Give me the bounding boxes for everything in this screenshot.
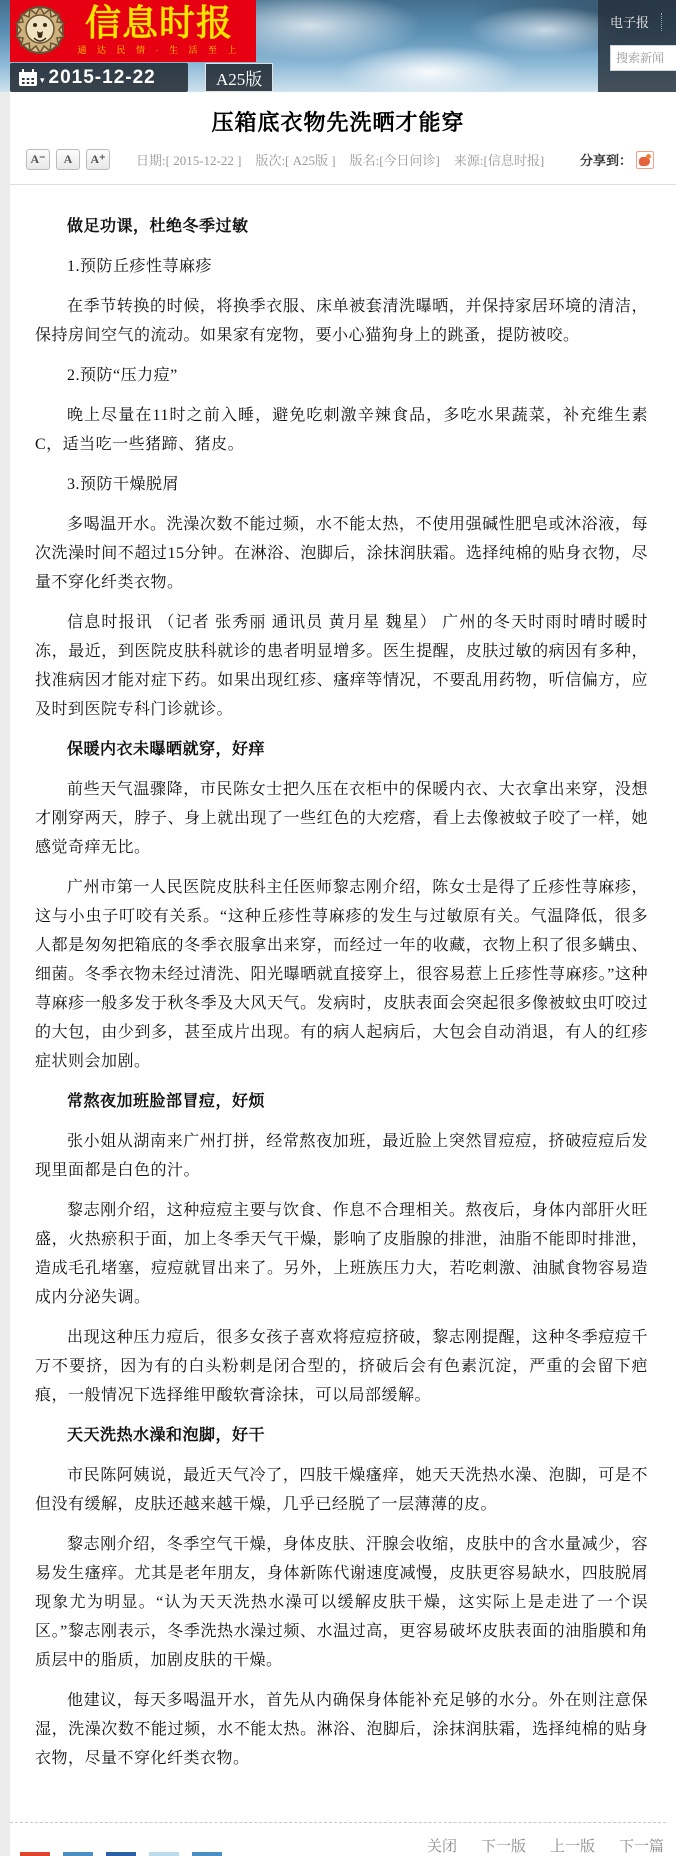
share-icon-partial[interactable] (192, 1852, 222, 1856)
paragraph: 在季节转换的时候，将换季衣服、床单被套清洗曝晒，并保持家居环境的清洁，保持房间空… (35, 292, 648, 350)
logo-tagline: 通 达 民 情 · 生 活 至 上 (70, 43, 248, 56)
search-input[interactable] (610, 45, 676, 71)
section-heading: 做足功课，杜绝冬季过敏 (35, 212, 648, 241)
paragraph: 前些天气温骤降，市民陈女士把久压在衣柜中的保暖内衣、大衣拿出来穿，没想才刚穿两天… (35, 775, 648, 862)
paragraph: 晚上尽量在11时之前入睡，避免吃刺激辛辣食品，多吃水果蔬菜，补充维生素C，适当吃… (35, 401, 648, 459)
footer-nav: 关闭下一版上一版下一篇 (10, 1822, 666, 1856)
share-icon-partial[interactable] (149, 1852, 179, 1856)
site-header: 信息时报 通 达 民 情 · 生 活 至 上 ▾ 2015-12-22 A25版 (0, 0, 676, 92)
font-increase-button[interactable]: A⁺ (86, 149, 110, 170)
paragraph: 广州市第一人民医院皮肤科主任医师黎志刚介绍，陈女士是得了丘疹性荨麻疹，这与小虫子… (35, 873, 648, 1076)
section-heading: 常熬夜加班脸部冒痘，好烦 (35, 1087, 648, 1116)
date-picker[interactable]: ▾ 2015-12-22 (10, 63, 188, 92)
paragraph: 多喝温开水。洗澡次数不能过频，水不能太热，不使用强碱性肥皂或沐浴液，每次洗澡时间… (35, 510, 648, 597)
chevron-down-icon: ▾ (40, 75, 45, 86)
weibo-share-icon[interactable] (636, 151, 654, 169)
paragraph: 黎志刚介绍，冬季空气干燥，身体皮肤、汗腺会收缩，皮肤中的含水量减少，容易发生瘙痒… (35, 1530, 648, 1675)
footer-link-3[interactable]: 上一版 (550, 1839, 595, 1855)
section-heading: 天天洗热水澡和泡脚，好干 (35, 1421, 648, 1450)
header-right-panel: 电子报 (598, 0, 676, 92)
meta-field: 版名:[今日问诊] (350, 150, 440, 169)
paragraph: 信息时报讯 （记者 张秀丽 通讯员 黄月星 魏星） 广州的冬天时雨时晴时暖时冻，… (35, 608, 648, 724)
share-icon-partial[interactable] (106, 1852, 136, 1856)
paragraph: 黎志刚介绍，这种痘痘主要与饮食、作息不合理相关。熬夜后，身体内部肝火旺盛，火热瘀… (35, 1196, 648, 1312)
share-label: 分享到： (580, 150, 632, 169)
article-header: 压箱底衣物先洗晒才能穿 A⁻ A A⁺ 日期:[ 2015-12-22 ]版次:… (0, 92, 676, 185)
meta-row: A⁻ A A⁺ 日期:[ 2015-12-22 ]版次:[ A25版 ]版名:[… (20, 149, 656, 170)
section-heading: 保暖内衣未曝晒就穿，好痒 (35, 735, 648, 764)
footer-link-4[interactable]: 下一篇 (619, 1839, 664, 1855)
meta-field: 版次:[ A25版 ] (255, 150, 335, 169)
bottom-share-icons (20, 1852, 222, 1856)
article-meta-fields: 日期:[ 2015-12-22 ]版次:[ A25版 ]版名:[今日问诊]来源:… (136, 150, 544, 169)
meta-field: 来源:[信息时报] (454, 150, 544, 169)
paragraph: 市民陈阿姨说，最近天气冷了，四肢干燥瘙痒，她天天洗热水澡、泡脚，可是不但没有缓解… (35, 1461, 648, 1519)
lion-icon (14, 4, 66, 56)
share-icon-partial[interactable] (20, 1852, 50, 1856)
edition-tab[interactable]: A25版 (205, 63, 273, 92)
paragraph: 3.预防干燥脱屑 (35, 470, 648, 499)
font-decrease-button[interactable]: A⁻ (26, 149, 50, 170)
calendar-icon (18, 69, 38, 87)
left-gutter (0, 92, 10, 1856)
font-size-controls: A⁻ A A⁺ (26, 149, 110, 170)
logo-title: 信息时报 (70, 5, 248, 41)
paragraph: 张小姐从湖南来广州打拼，经常熬夜加班，最近脸上突然冒痘痘，挤破痘痘后发现里面都是… (35, 1127, 648, 1185)
share-icon-partial[interactable] (63, 1852, 93, 1856)
epaper-link[interactable]: 电子报 (610, 12, 649, 31)
page: 信息时报 通 达 民 情 · 生 活 至 上 ▾ 2015-12-22 A25版 (0, 0, 676, 1856)
article-body: 做足功课，杜绝冬季过敏1.预防丘疹性荨麻疹在季节转换的时候，将换季衣服、床单被套… (0, 185, 676, 1804)
footer-link-1[interactable]: 关闭 (427, 1839, 457, 1855)
current-date: 2015-12-22 (49, 67, 156, 89)
share-group: 分享到： (580, 150, 656, 169)
footer-link-2[interactable]: 下一版 (481, 1839, 526, 1855)
font-normal-button[interactable]: A (56, 149, 80, 170)
paragraph: 1.预防丘疹性荨麻疹 (35, 252, 648, 281)
newspaper-logo[interactable]: 信息时报 通 达 民 情 · 生 活 至 上 (10, 0, 256, 62)
paragraph: 出现这种压力痘后，很多女孩子喜欢将痘痘挤破，黎志刚提醒，这种冬季痘痘千万不要挤，… (35, 1323, 648, 1410)
page-title: 压箱底衣物先洗晒才能穿 (20, 106, 656, 137)
paragraph: 2.预防“压力痘” (35, 361, 648, 390)
paragraph: 他建议，每天多喝温开水，首先从内确保身体能补充足够的水分。外在则注意保湿，洗澡次… (35, 1686, 648, 1773)
meta-field: 日期:[ 2015-12-22 ] (136, 150, 241, 169)
dotted-separator (661, 13, 662, 31)
